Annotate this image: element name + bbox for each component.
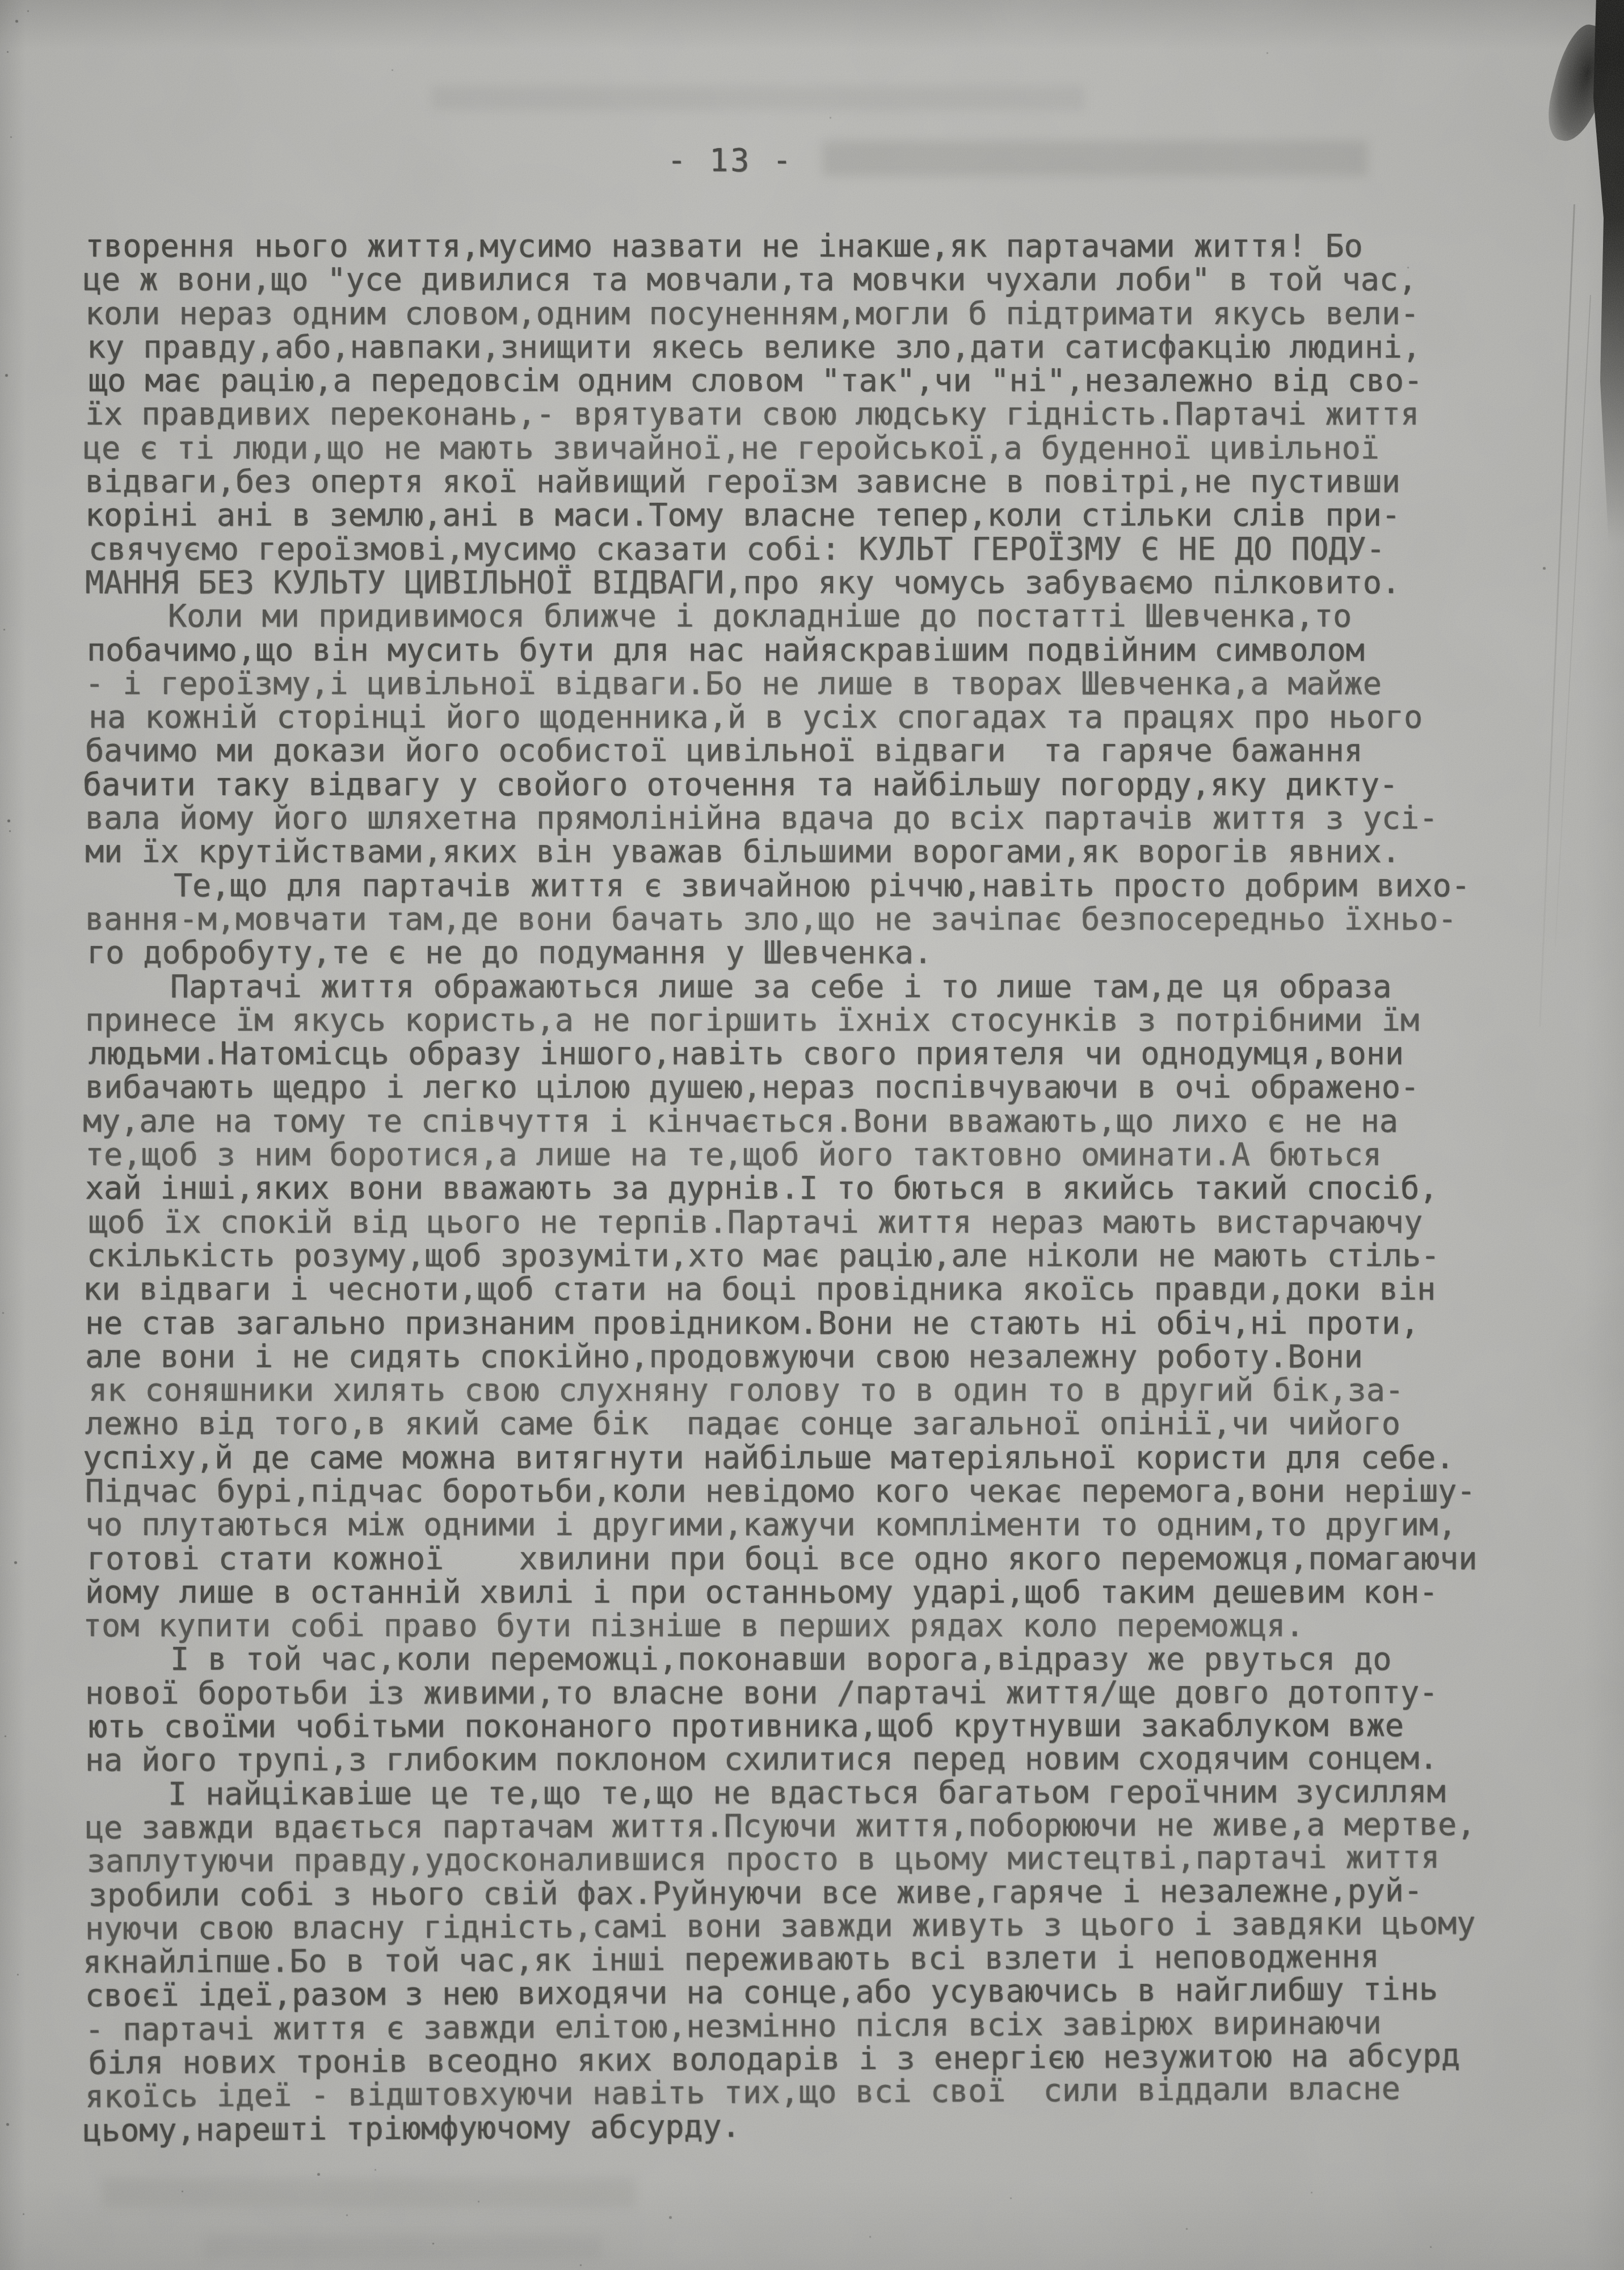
text-line: скількість розуму,щоб зрозуміти,хто має …: [87, 1239, 1606, 1272]
text-line: це є ті люди,що не мають звичайної,не ге…: [83, 431, 1606, 465]
text-line: Коли ми придивимося ближче і докладніше …: [83, 599, 1606, 633]
document-text: творення нього життя,мусимо назвати не і…: [85, 229, 1606, 2147]
text-line: їх правдивих переконань,- врятувати свою…: [85, 397, 1606, 431]
text-line: на кожній сторінці його щоденника,й в ус…: [89, 700, 1606, 734]
text-line: вибачають щедро і легко цілою душею,нера…: [85, 1070, 1606, 1104]
text-line: хай інші,яких вони вважають за дурнів.І …: [85, 1171, 1606, 1205]
page-number: - 13 -: [667, 143, 794, 177]
text-line: на його трупі,з глибоким поклоном схилит…: [85, 1741, 1606, 1777]
text-line: ють своїми чобітьми поконаного противник…: [89, 1708, 1606, 1743]
text-line: го добробуту,те є не до подумання у Шевч…: [87, 936, 1606, 969]
text-line: готові стати кожної хвилини при боці все…: [87, 1542, 1606, 1575]
text-line: - і героїзму,і цивільної відваги.Бо не л…: [85, 667, 1606, 700]
text-line: що має рацію,а передовсім одним словом "…: [89, 364, 1606, 397]
text-line: йому лише в останній хвилі і при останнь…: [85, 1575, 1606, 1609]
text-line: людьми.Натомісць образу іншого,навіть св…: [89, 1037, 1606, 1070]
scan-specks: [0, 0, 2, 2]
text-line: не став загально признаним провідником.В…: [85, 1306, 1606, 1340]
text-line: побачимо,що він мусить бути для нас найя…: [87, 633, 1606, 667]
bleed-through-streak: [431, 86, 1084, 110]
text-line: але вони і не сидять спокійно,продовжуюч…: [85, 1340, 1606, 1373]
text-line: як соняшники хилять свою слухняну голову…: [89, 1373, 1606, 1407]
text-line: це ж вони,що "усе дивилися та мовчали,та…: [83, 263, 1606, 296]
text-line: те,щоб з ним боротися,а лише на те,щоб й…: [85, 1138, 1606, 1171]
text-line: відваги,без опертя якої найвищий героїзм…: [85, 465, 1606, 498]
text-line: чо плутаються між одними і другими,кажуч…: [85, 1508, 1606, 1541]
text-line: коли нераз одним словом,одним посуненням…: [85, 297, 1606, 330]
text-line: свячуємо героїзмові,мусимо сказати собі:…: [89, 532, 1606, 566]
text-line: бачимо ми докази його особистої цивільно…: [85, 734, 1606, 767]
text-line: принесе їм якусь користь,а не погіршить …: [85, 1003, 1606, 1037]
text-line: му,але на тому те співчуття і кінчається…: [83, 1104, 1606, 1138]
text-line: вання-м,мовчати там,де вони бачать зло,щ…: [85, 902, 1606, 936]
text-line: коріні ані в землю,ані в маси.Тому власн…: [85, 498, 1606, 532]
text-line: бачити таку відвагу у свойого оточення т…: [83, 768, 1606, 801]
text-line: ку правду,або,навпаки,знищити якесь вели…: [87, 330, 1606, 364]
text-line: МАННЯ БЕЗ КУЛЬТУ ЦИВІЛЬНОЇ ВІДВАГИ,про я…: [85, 566, 1606, 599]
text-line: творення нього життя,мусимо назвати не і…: [85, 229, 1606, 263]
text-line: Те,що для партачів життя є звичайною річ…: [89, 869, 1606, 902]
text-line: Партачі життя ображаються лише за себе і…: [85, 970, 1606, 1003]
bleed-through-streak: [204, 2236, 601, 2259]
text-line: І в той час,коли переможці,поконавши вор…: [85, 1642, 1606, 1676]
text-line: ки відваги і чесноти,щоб стати на боці п…: [83, 1272, 1606, 1306]
text-line: вала йому його шляхетна прямолінійна вда…: [85, 801, 1606, 835]
text-line: І найцікавіше це те,що те,що не вдасться…: [83, 1774, 1606, 1811]
text-line: ми їх крутійствами,яких він уважав більш…: [85, 835, 1606, 868]
text-line: успіху,й де саме можна витягнути найбіль…: [83, 1441, 1606, 1474]
text-line: том купити собі право бути пізніше в пер…: [83, 1609, 1606, 1642]
scanned-document-page: - 13 - творення нього життя,мусимо назва…: [0, 0, 1624, 2270]
text-line: нової боротьби із живими,то власне вони …: [85, 1675, 1606, 1710]
bleed-through-streak: [823, 141, 1368, 176]
text-line: Підчас бурі,підчас боротьби,коли невідом…: [85, 1474, 1606, 1508]
text-line: щоб їх спокій від цього не терпів.Партач…: [89, 1205, 1606, 1239]
text-line: лежно від того,в який саме бік падає сон…: [85, 1407, 1606, 1440]
bleed-through-streak: [102, 2178, 636, 2208]
